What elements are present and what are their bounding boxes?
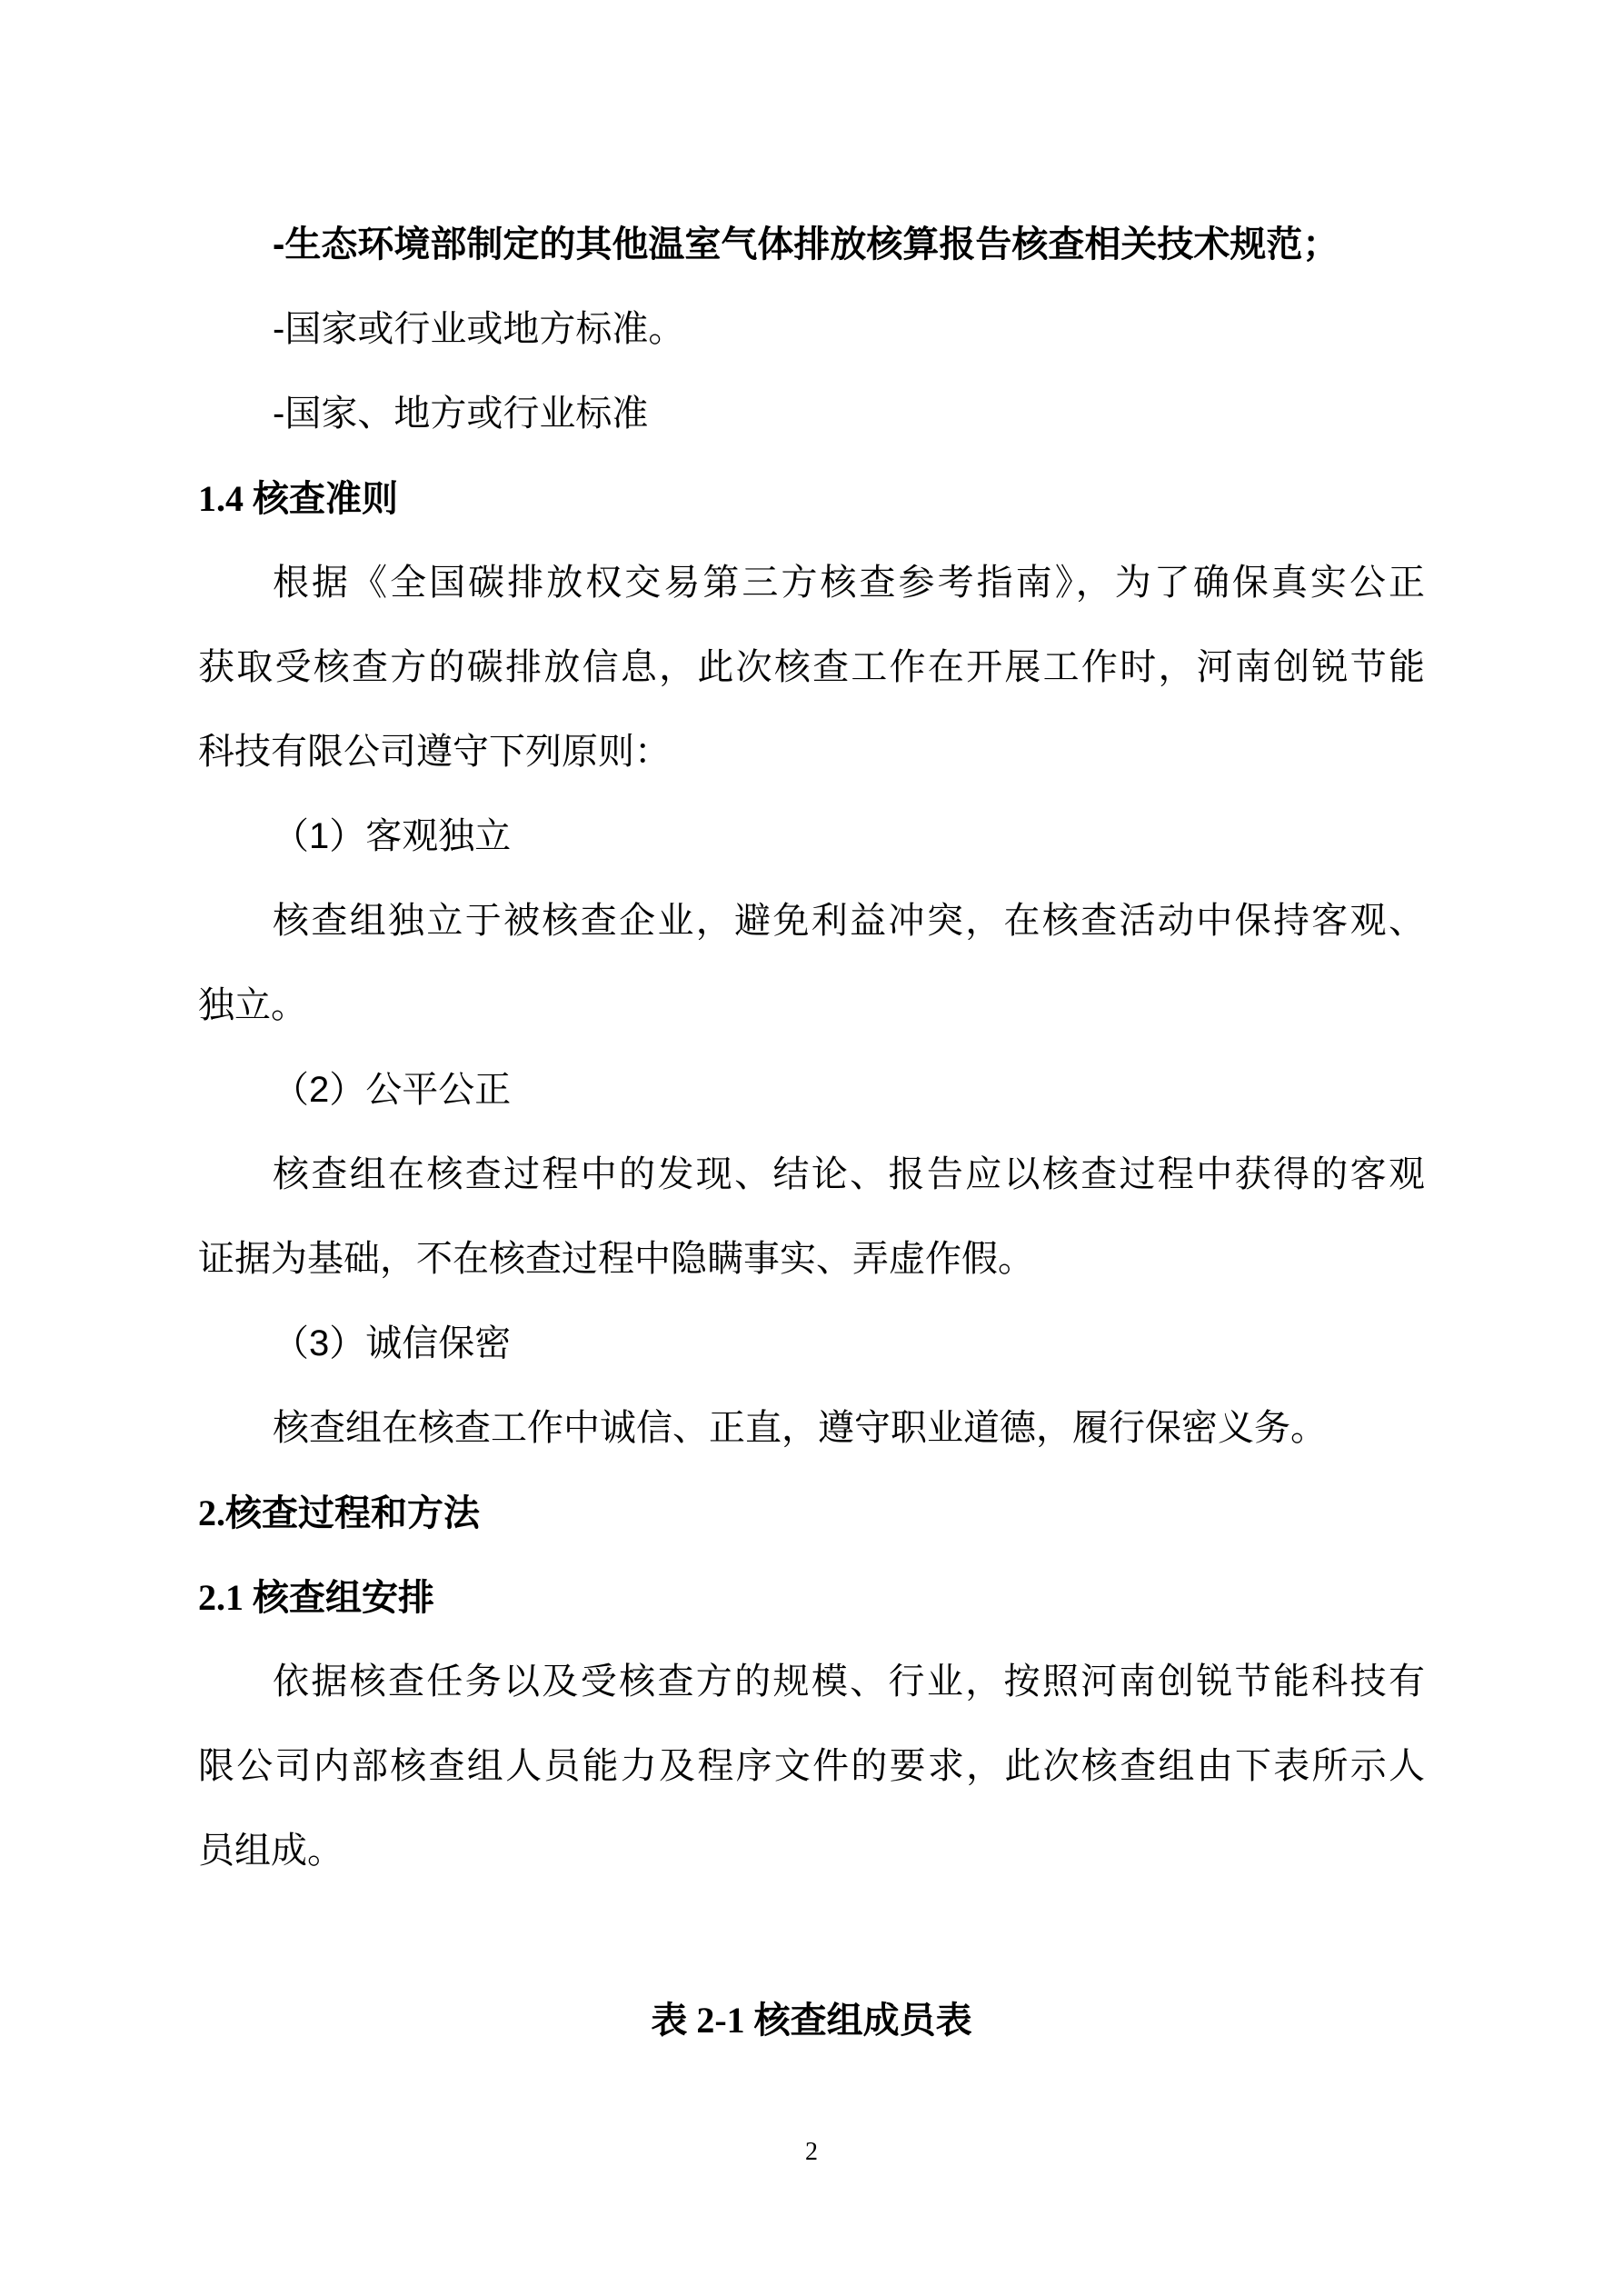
paragraph-criteria-line-1: 根据《全国碳排放权交易第三方核查参考指南》，为了确保真实公正 bbox=[198, 541, 1425, 625]
paragraph-criteria-line-3: 科技有限公司遵守下列原则： bbox=[198, 710, 1425, 794]
subheading-principle-1-objective-independent: （1）客观独立 bbox=[198, 794, 1425, 879]
paragraph-principle-2-line-1: 核查组在核查过程中的发现、结论、报告应以核查过程中获得的客观 bbox=[198, 1133, 1425, 1217]
document-page: -生态环境部制定的其他温室气体排放核算报告核查相关技术规范； -国家或行业或地方… bbox=[0, 0, 1623, 2296]
table-caption-2-1: 表 2-1 核查组成员表 bbox=[198, 1978, 1425, 2062]
paragraph-criteria-line-2: 获取受核查方的碳排放信息，此次核查工作在开展工作时，河南创锐节能 bbox=[198, 625, 1425, 710]
page-number: 2 bbox=[0, 2125, 1623, 2180]
subheading-principle-2-fair-just: （2）公平公正 bbox=[198, 1048, 1425, 1133]
heading-1-4-verification-criteria: 1.4 核查准则 bbox=[198, 456, 1425, 541]
list-item-national-local-industry-standard: -国家、地方或行业标准 bbox=[198, 372, 1425, 456]
heading-2-verification-process-methods: 2.核查过程和方法 bbox=[198, 1471, 1425, 1555]
heading-2-1-verification-team-arrangement: 2.1 核查组安排 bbox=[198, 1555, 1425, 1640]
paragraph-principle-2-line-2: 证据为基础，不在核查过程中隐瞒事实、弄虚作假。 bbox=[198, 1217, 1425, 1302]
paragraph-principle-1-line-2: 独立。 bbox=[198, 963, 1425, 1048]
list-item-tech-spec: -生态环境部制定的其他温室气体排放核算报告核查相关技术规范； bbox=[198, 203, 1425, 287]
paragraph-principle-1-line-1: 核查组独立于被核查企业，避免利益冲突，在核查活动中保持客观、 bbox=[198, 879, 1425, 963]
paragraph-team-line-1: 依据核查任务以及受核查方的规模、行业，按照河南创锐节能科技有 bbox=[198, 1640, 1425, 1724]
paragraph-principle-3-line-1: 核查组在核查工作中诚信、正直，遵守职业道德，履行保密义务。 bbox=[198, 1386, 1425, 1471]
paragraph-team-line-2: 限公司内部核查组人员能力及程序文件的要求，此次核查组由下表所示人 bbox=[198, 1724, 1425, 1809]
list-item-national-industry-local-standard: -国家或行业或地方标准。 bbox=[198, 287, 1425, 372]
subheading-principle-3-integrity-confidentiality: （3）诚信保密 bbox=[198, 1302, 1425, 1386]
paragraph-team-line-3: 员组成。 bbox=[198, 1809, 1425, 1893]
